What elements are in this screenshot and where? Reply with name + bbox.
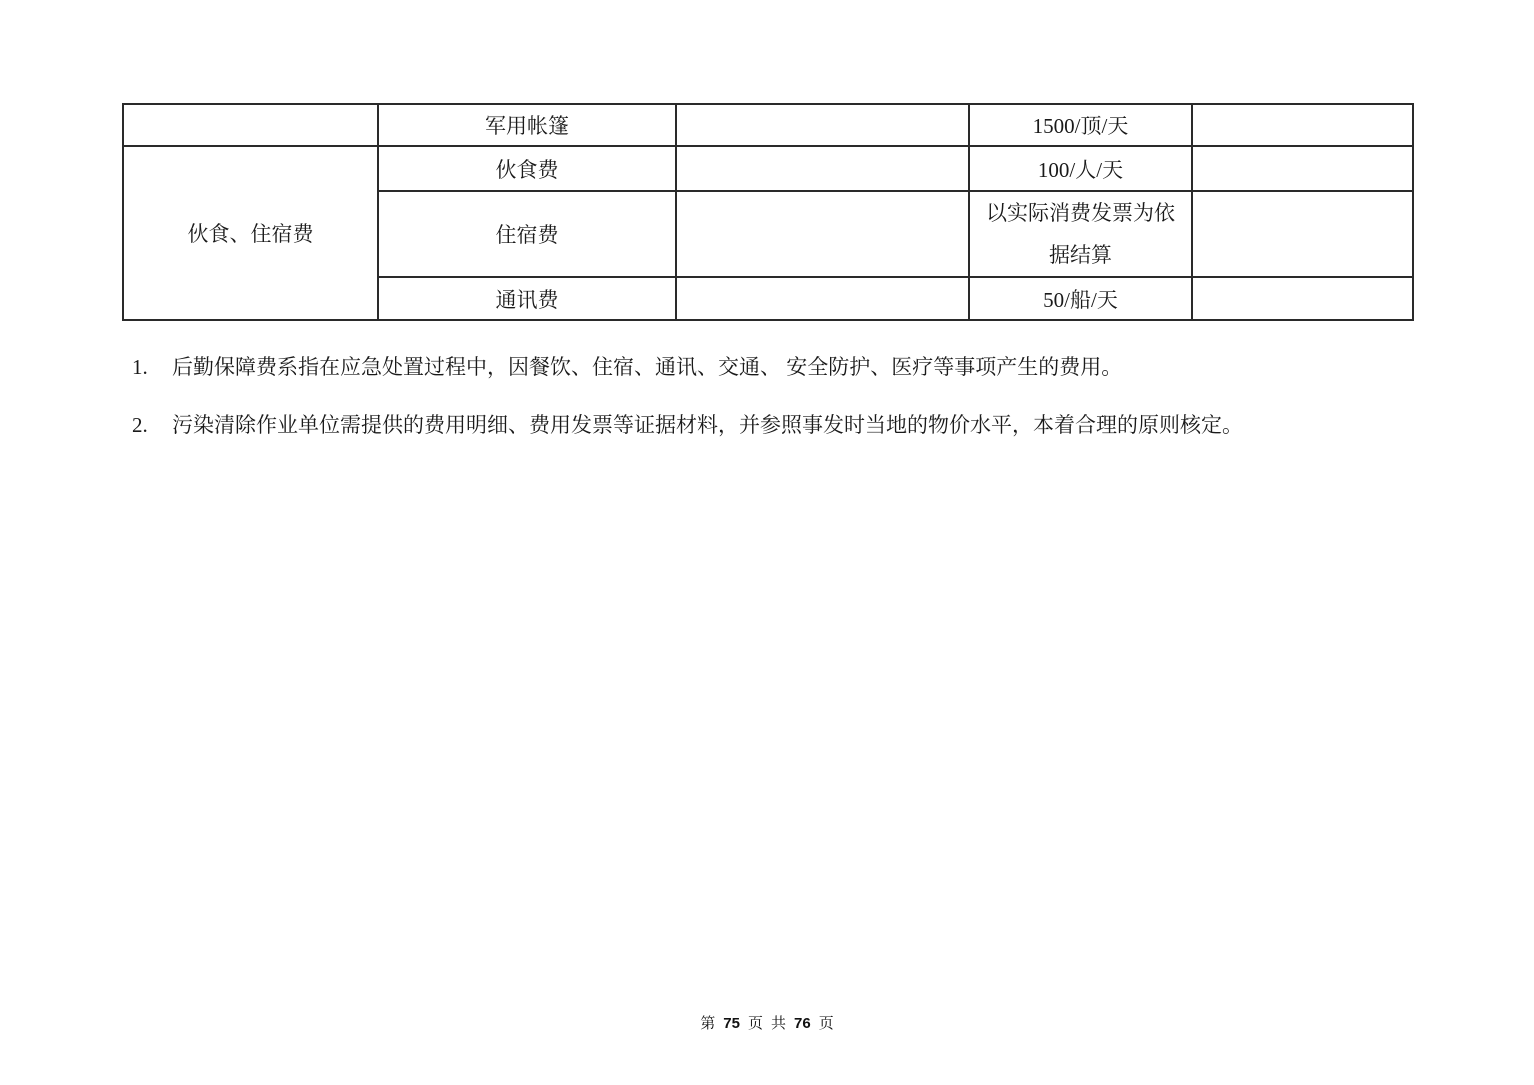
footer-current-page: 75 [723, 1015, 740, 1032]
cell-price-communication-fee: 50/船/天 [969, 277, 1192, 320]
footer-label-ye-2: 页 [819, 1016, 834, 1032]
table-row: 军用帐篷 1500/顶/天 [123, 104, 1413, 146]
cell-remark-empty [1192, 146, 1413, 191]
cell-remark-empty [1192, 277, 1413, 320]
note-number: 2. [132, 413, 172, 438]
cell-item-meal-fee: 伙食费 [378, 146, 676, 191]
footer-total-pages: 76 [794, 1015, 811, 1032]
fee-table: 军用帐篷 1500/顶/天 伙食、住宿费 伙食费 100/人/天 住宿费 以实际… [122, 103, 1414, 321]
cell-detail-empty [676, 104, 969, 146]
table-row: 伙食、住宿费 伙食费 100/人/天 [123, 146, 1413, 191]
footer-label-ye: 页 [748, 1016, 763, 1032]
note-item-1: 1. 后勤保障费系指在应急处置过程中，因餐饮、住宿、通讯、交通、 安全防护、医疗… [132, 355, 1432, 380]
note-text: 后勤保障费系指在应急处置过程中，因餐饮、住宿、通讯、交通、 安全防护、医疗等事项… [172, 355, 1432, 380]
note-text: 污染清除作业单位需提供的费用明细、费用发票等证据材料，并参照事发时当地的物价水平… [172, 413, 1432, 438]
cell-price-lodging-fee: 以实际消费发票为依据结算 [969, 191, 1192, 277]
note-number: 1. [132, 355, 172, 380]
cell-detail-empty [676, 277, 969, 320]
cell-price-meal-fee: 100/人/天 [969, 146, 1192, 191]
cell-price-military-tent: 1500/顶/天 [969, 104, 1192, 146]
cell-detail-empty [676, 146, 969, 191]
notes-list: 1. 后勤保障费系指在应急处置过程中，因餐饮、住宿、通讯、交通、 安全防护、医疗… [132, 355, 1432, 438]
cell-category-empty [123, 104, 378, 146]
footer-label-di: 第 [700, 1016, 715, 1032]
cell-remark-empty [1192, 104, 1413, 146]
page-footer: 第75页共76页 [0, 1012, 1534, 1033]
cell-category-board-lodging: 伙食、住宿费 [123, 146, 378, 320]
cell-item-communication-fee: 通讯费 [378, 277, 676, 320]
note-item-2: 2. 污染清除作业单位需提供的费用明细、费用发票等证据材料，并参照事发时当地的物… [132, 413, 1432, 438]
document-page: 军用帐篷 1500/顶/天 伙食、住宿费 伙食费 100/人/天 住宿费 以实际… [0, 0, 1534, 1085]
footer-label-gong: 共 [771, 1016, 786, 1032]
cell-item-lodging-fee: 住宿费 [378, 191, 676, 277]
cell-remark-empty [1192, 191, 1413, 277]
cell-item-military-tent: 军用帐篷 [378, 104, 676, 146]
cell-detail-empty [676, 191, 969, 277]
